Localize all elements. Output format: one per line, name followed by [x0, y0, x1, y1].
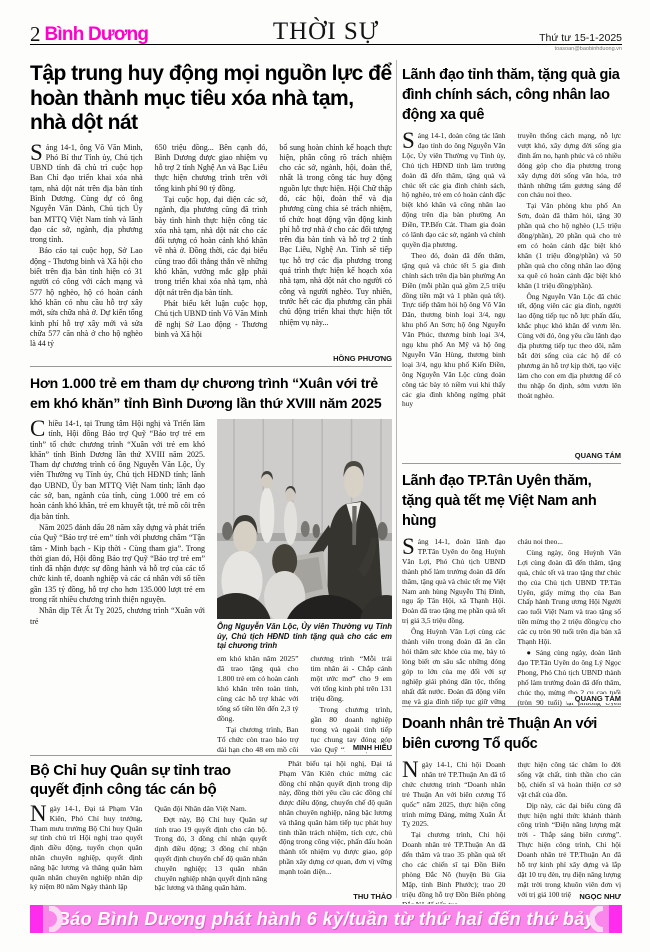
article-lanh-dao-tinh-tang-qua: Lãnh đạo tỉnh thăm, tặng quà gia đình ch…: [402, 58, 621, 463]
drop-cap: C: [30, 419, 48, 438]
paragraph: Ông Huỳnh Văn Lợi cùng các thành viên tr…: [402, 627, 506, 706]
banner-end-square-icon: [30, 905, 43, 933]
paragraph: Năm 2025 đánh dấu 28 năm xây dựng và phá…: [30, 523, 205, 605]
paragraph: chương trình “Mỗi trái tim nhân ái - Chắ…: [311, 654, 393, 704]
text-column: bổ sung hoàn chỉnh kế hoạch thực hiện, p…: [279, 143, 392, 351]
photo-caption: Ông Nguyễn Văn Lộc, Ủy viên Thường vụ Tỉ…: [217, 622, 392, 651]
paragraph: Phát biểu kết luận cuộc họp, Chủ tịch UB…: [155, 299, 268, 340]
paragraph: Ngày 14-1, Chi hội Doanh nhân trẻ TP.Thu…: [402, 760, 506, 829]
paragraph: Sáng 14-1, đoàn lãnh đạo TP.Tân Uyên do …: [402, 537, 506, 626]
paragraph: thực hiện công tác chăm lo đời sống vật …: [518, 760, 622, 800]
article-title: Doanh nhân trẻ Thuận An với biên cương T…: [402, 714, 621, 754]
paragraph: Chiều 14-1, tại Trung tâm Hội nghị và Tr…: [30, 419, 205, 522]
paragraph: Sáng 14-1, đoàn công tác lãnh đạo tỉnh d…: [402, 131, 506, 250]
paragraph: Dịp này, các đại biểu cùng đã thực hiện …: [518, 801, 622, 900]
text-column: Quân đội Nhân dân Việt Nam. Đợt này, Bộ …: [155, 804, 268, 894]
footer-banner: Báo Bình Dương phát hành 6 kỳ/tuần từ th…: [30, 905, 622, 933]
section-title: THỜI SỰ: [30, 19, 622, 44]
paragraph: Báo cáo tại cuộc họp, Sở Lao động - Thươ…: [30, 246, 143, 349]
text-column: Sáng 14-1, đoàn công tác lãnh đạo tỉnh d…: [402, 131, 506, 410]
article-title: Bộ Chỉ huy Quân sự tỉnh trao quyết định …: [30, 761, 267, 799]
paragraph: Cùng ngày, ông Huỳnh Văn Lợi cùng đoàn đ…: [518, 548, 622, 647]
article-xuan-voi-tre-em: Hơn 1.000 trẻ em tham dự chương trình “X…: [30, 367, 392, 755]
right-section: Lãnh đạo tỉnh thăm, tặng quà gia đình ch…: [402, 58, 621, 903]
text-column: Phát biểu tại hội nghị, Đại tá Phạm Văn …: [279, 756, 392, 894]
article-title: Hơn 1.000 trẻ em tham dự chương trình “X…: [30, 373, 392, 413]
paragraph: Tại chương trình, Ban Tổ chức còn trao b…: [217, 725, 299, 755]
text-column: truyền thống cách mạng, nỗ lực vượt khó,…: [518, 131, 622, 410]
banner-end-square-icon: [609, 905, 622, 933]
paragraph: Quân đội Nhân dân Việt Nam.: [155, 804, 268, 814]
text-column: chương trình “Mỗi trái tim nhân ái - Chắ…: [311, 654, 393, 755]
drop-cap: S: [30, 143, 46, 162]
banner-crescent-icon: [589, 906, 607, 932]
text-column: Ngày 14-1, Chi hội Doanh nhân trẻ TP.Thu…: [402, 760, 506, 904]
paragraph: Tại chương trình, Chi hội Doanh nhân trẻ…: [402, 830, 506, 904]
article-title: Lãnh đạo TP.Tân Uyên thăm, tặng quà tết …: [402, 471, 621, 531]
paragraph: bổ sung hoàn chỉnh kế hoạch thực hiện, p…: [279, 143, 392, 328]
article-xoa-nha-tam: Tập trung huy động mọi nguồn lực để hoàn…: [30, 58, 392, 366]
paragraph: Nhân dịp Tết Ất Tỵ 2025, chương trình “X…: [30, 606, 205, 627]
article-tan-uyen-me-vnah: Lãnh đạo TP.Tân Uyên thăm, tặng quà tết …: [402, 464, 621, 706]
paragraph: Theo đó, đoàn đã đến thăm, tặng quà và c…: [402, 251, 506, 410]
drop-cap: S: [402, 537, 418, 556]
byline: NGỌC NHƯ: [571, 892, 621, 901]
text-column: Sáng 14-1, đoàn lãnh đạo TP.Tân Uyên do …: [402, 537, 506, 706]
drop-cap: S: [402, 131, 418, 150]
paragraph: 650 triệu đồng... Bên cạnh đó, Bình Dươn…: [155, 143, 268, 194]
paragraph: Ông Nguyễn Văn Lộc đã chúc tết, động viê…: [518, 292, 622, 401]
byline: THU THẢO: [345, 892, 392, 901]
paragraph: Đợt này, Bộ Chỉ huy Quân sự tỉnh trao 19…: [155, 815, 268, 893]
photo-gift-ceremony: [217, 419, 392, 619]
article-doanh-nhan-tre-thuan-an: Doanh nhân trẻ Thuận An với biên cương T…: [402, 707, 621, 904]
byline: QUANG TÁM: [567, 451, 621, 460]
paragraph: Tại cuộc họp, đại diện các sở, ngành, đị…: [155, 195, 268, 298]
text-column: Sáng 14-1, ông Võ Văn Minh, Phó Bí thư T…: [30, 143, 143, 351]
byline: HỒNG PHƯƠNG: [325, 354, 392, 363]
paragraph: cháu noi theo...: [518, 537, 622, 547]
article-quan-su-tinh: Bộ Chỉ huy Quân sự tỉnh trao quyết định …: [30, 756, 392, 904]
drop-cap: N: [402, 760, 422, 779]
text-column: Chiều 14-1, tại Trung tâm Hội nghị và Tr…: [30, 419, 205, 755]
paragraph: Sáng 14-1, ông Võ Văn Minh, Phó Bí thư T…: [30, 143, 143, 246]
text-column: thực hiện công tác chăm lo đời sống vật …: [518, 760, 622, 904]
byline: MINH HIẾU: [345, 743, 392, 752]
text-column: 650 triệu đồng... Bên cạnh đó, Bình Dươn…: [155, 143, 268, 351]
paragraph: Tại Văn phòng khu phố An Sơn, đoàn đã th…: [518, 201, 622, 290]
vertical-divider: [396, 60, 397, 898]
paragraph: Ngày 14-1, Đại tá Phạm Văn Kiên, Phó Chỉ…: [30, 804, 143, 892]
left-section: Tập trung huy động mọi nguồn lực để hoàn…: [30, 58, 392, 903]
article-title: Lãnh đạo tỉnh thăm, tặng quà gia đình ch…: [402, 65, 621, 125]
text-column: em khó khăn năm 2025” đã trao tặng quà c…: [217, 654, 299, 755]
paragraph: truyền thống cách mạng, nỗ lực vượt khó,…: [518, 131, 622, 200]
byline: QUANG TÁM: [567, 694, 621, 703]
paragraph: Phát biểu tại hội nghị, Đại tá Phạm Văn …: [279, 759, 392, 877]
banner-crescent-icon: [45, 906, 63, 932]
text-column: cháu noi theo... Cùng ngày, ông Huỳnh Vă…: [518, 537, 622, 706]
masthead: 2 Bình Dương THỜI SỰ Thứ tư 15-1-2025: [30, 0, 622, 45]
article-title: Tập trung huy động mọi nguồn lực để hoàn…: [30, 62, 392, 136]
contact-email: toasoan@baobinhduong.vn: [30, 45, 622, 58]
page-body: Tập trung huy động mọi nguồn lực để hoàn…: [30, 58, 622, 903]
drop-cap: N: [30, 804, 50, 823]
paragraph: em khó khăn năm 2025” đã trao tặng quà c…: [217, 654, 299, 724]
text-column: Ngày 14-1, Đại tá Phạm Văn Kiên, Phó Chỉ…: [30, 804, 143, 894]
banner-text: Báo Bình Dương phát hành 6 kỳ/tuần từ th…: [57, 909, 595, 930]
